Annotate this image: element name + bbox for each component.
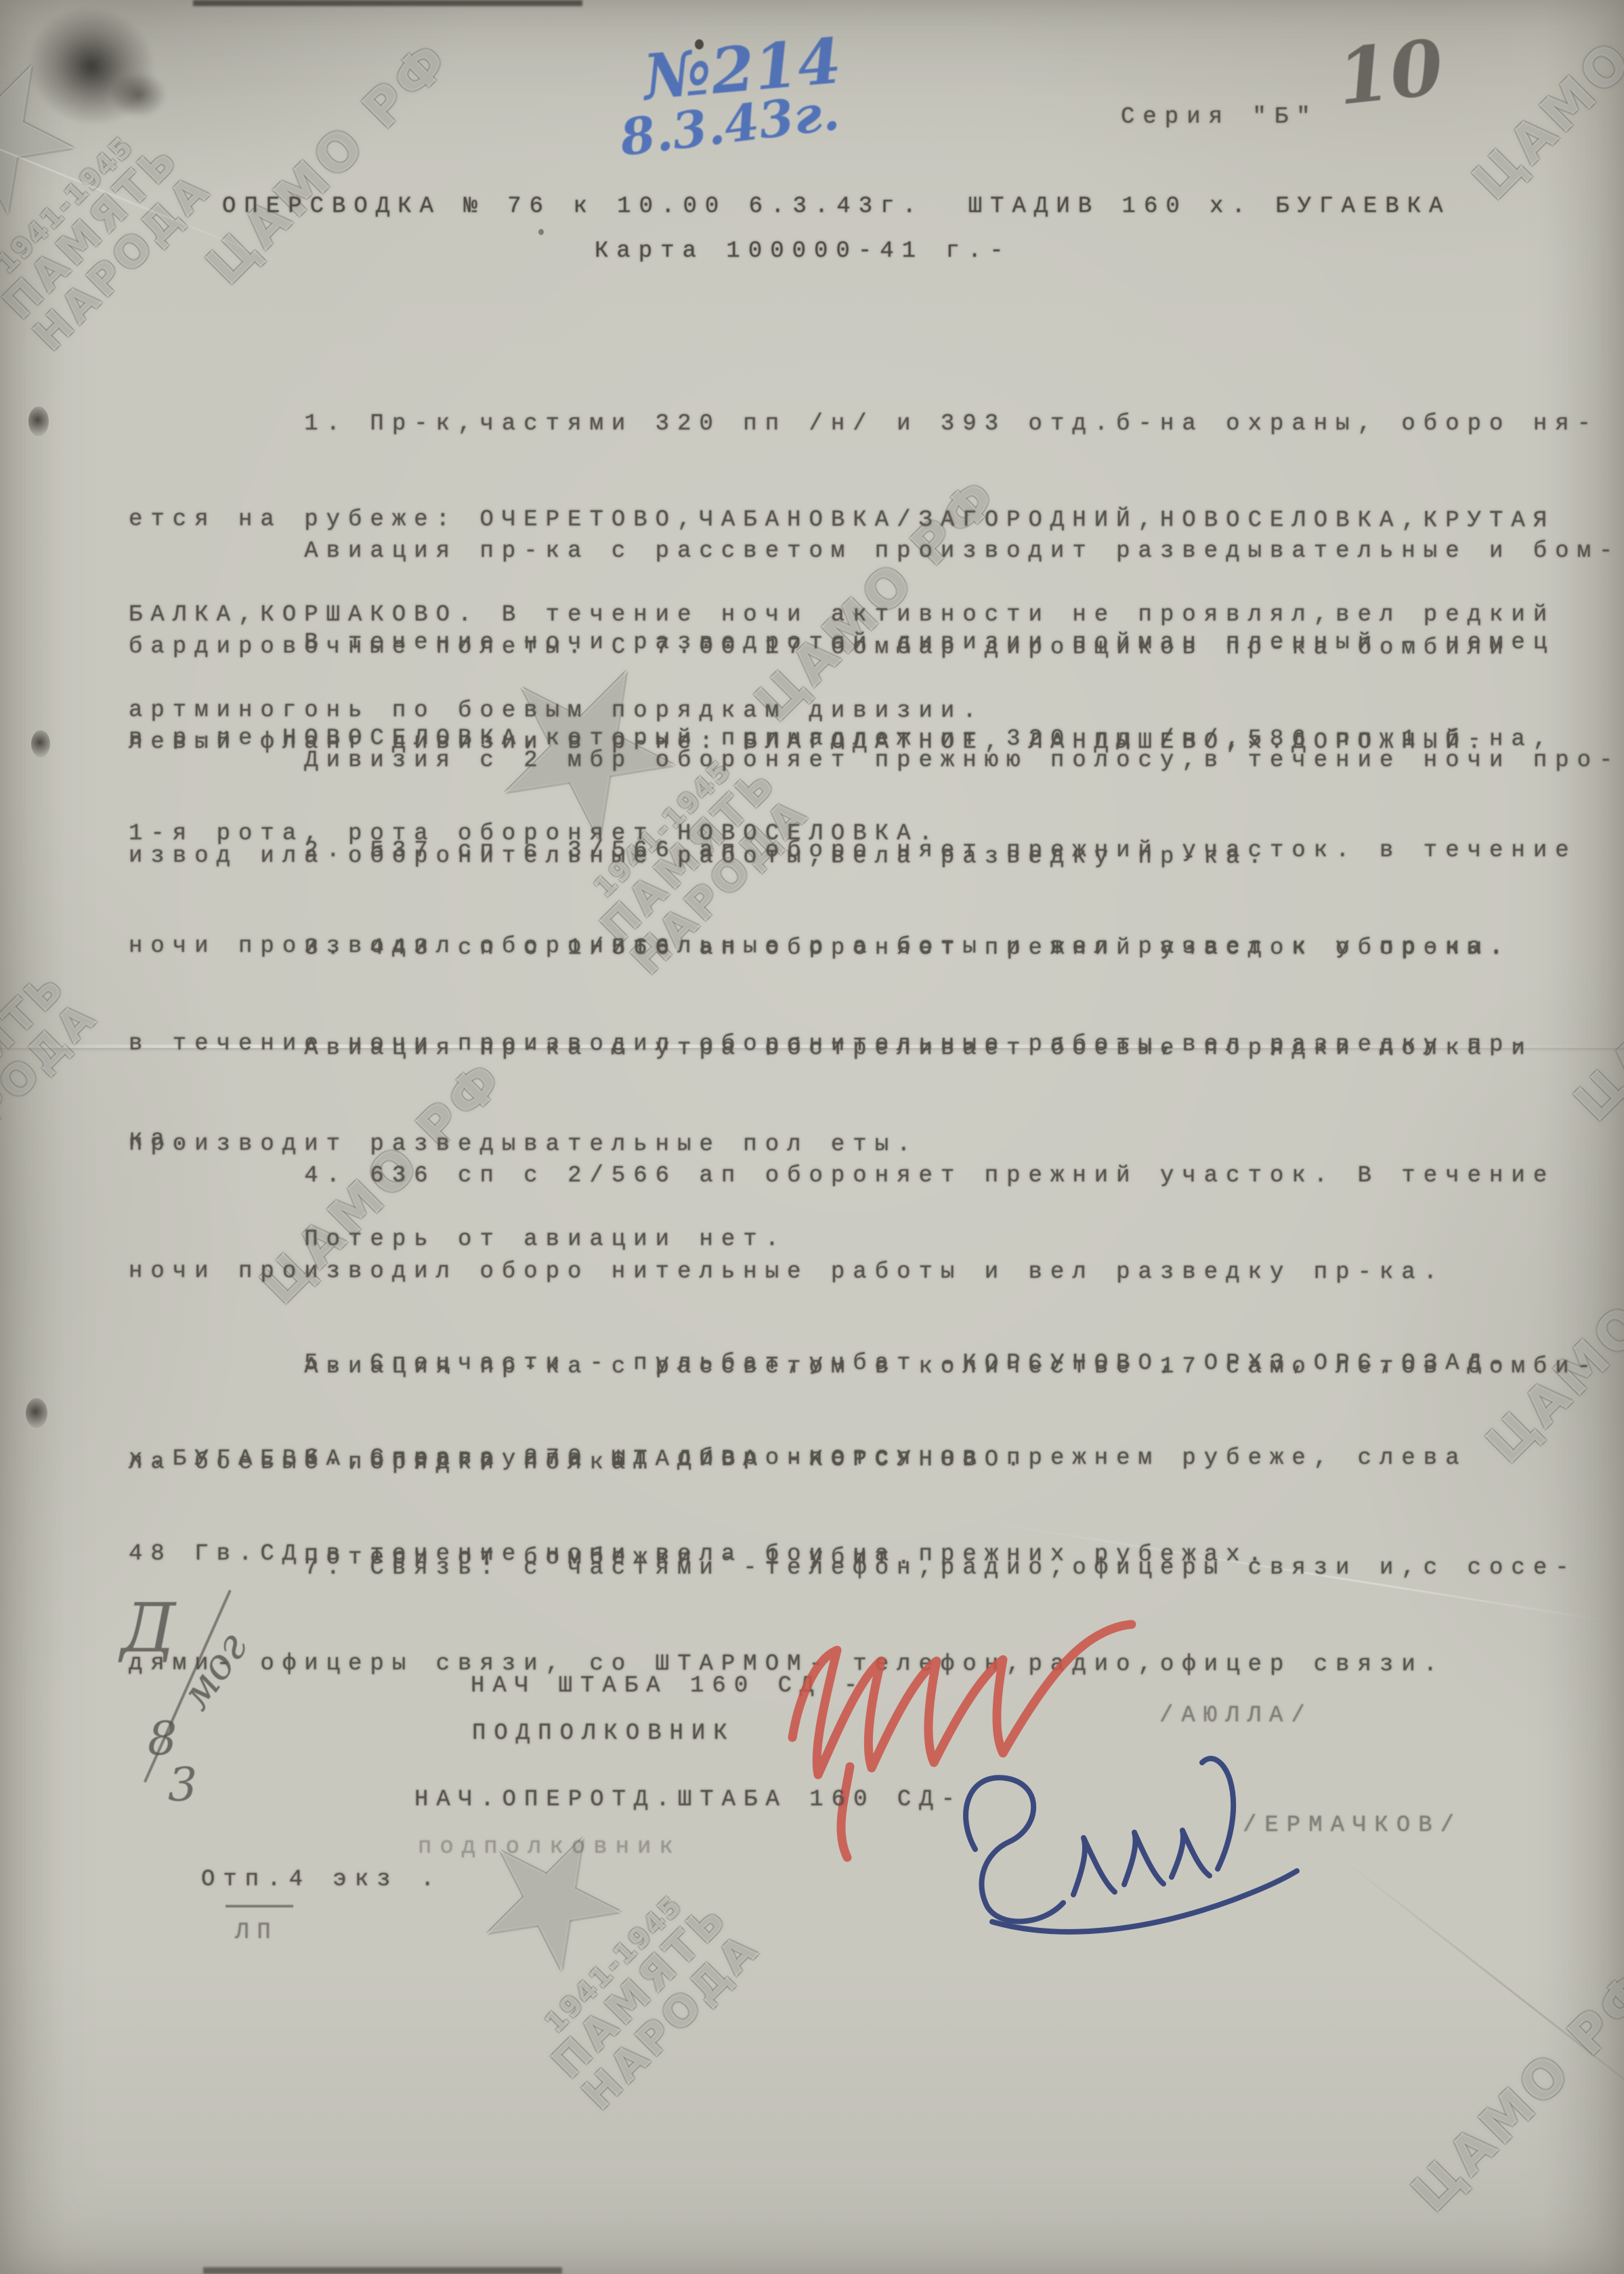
pamyat-naroda-star-icon: ★ (0, 8, 117, 257)
handwritten-page-number: 10 (1333, 23, 1448, 123)
watermark-memory-line2: НАРОДА (26, 165, 218, 358)
watermark-memory-line2: НАРОДА (574, 1924, 767, 2117)
document-subtitle-map: Карта 100000-41 г.- (595, 236, 1012, 268)
ink-speck (695, 39, 704, 49)
copies-note: Отп.4 экз . (201, 1864, 442, 1896)
margin-note-digit: 3 (168, 1759, 197, 1812)
scanned-document-page: ★ 1941-1945 ПАМЯТЬ НАРОДА ЦАМО РФ ЦАМО Р… (0, 0, 1624, 2274)
typed-line: 1. Пр-к,частями 320 пп /н/ и 393 отд.б-н… (129, 408, 1599, 440)
watermark-memory-line1: ПАМЯТЬ (0, 963, 73, 1154)
typed-line: В течение ночи разведротой дивизии пойма… (129, 627, 1555, 659)
scan-edge-bottom (203, 2267, 562, 2274)
watermark-tsamo: ЦАМО РФ (194, 28, 462, 296)
typist-initials: ЛП (235, 1917, 279, 1949)
series-label: Серия "Б" (1121, 102, 1319, 133)
typed-line: 5. Спецчасти - пульбат,учбат -КОРСУНОВО,… (129, 1348, 1511, 1380)
punch-hole (31, 730, 50, 757)
typed-line: Авиация пр-ка с рассветом производит раз… (129, 536, 1621, 568)
operations-chief-name: /ЕРМАЧКОВ/ (1243, 1810, 1462, 1842)
typed-line: 4. 636 сп с 2/566 ап обороняет прежний у… (129, 1160, 1599, 1192)
typed-line: 6. Справа 270 сд обороняется на прежнем … (129, 1443, 1468, 1475)
ink-speck (538, 229, 544, 235)
chief-of-staff-rank: ПОДПОЛКОВНИК (472, 1718, 735, 1750)
paragraph-11-communications: 7. Связь: с частями -телефон,радио,офице… (129, 1489, 1577, 1744)
typed-line: Авиация пр-ка с утра обстреливает боевые… (129, 1033, 1533, 1065)
typed-line: 7. Связь: с частями -телефон,радио,офице… (129, 1553, 1577, 1584)
operations-chief-role: НАЧ.ОПЕРОТД.ШТАБА 160 СД- (414, 1784, 963, 1816)
typed-line: 3. 443 сп с 1/566 ап обороняет прежний у… (129, 933, 1533, 965)
chief-of-staff-name: /АЮЛЛА/ (1159, 1700, 1313, 1732)
document-title: ОПЕРСВОДКА № 76 к 10.00 6.3.43г. ШТАДИВ … (222, 191, 1451, 223)
watermark-memory-line1: ПАМЯТЬ (0, 135, 187, 327)
handwritten-reg-date: 8.3.43г. (617, 83, 842, 168)
watermark-years: 1941-1945 (540, 1891, 688, 2038)
ink-stain (102, 64, 176, 125)
scan-edge-top (193, 0, 582, 6)
punch-hole (26, 1398, 47, 1428)
watermark-tsamo: ЦАМО РФ (1461, 0, 1624, 211)
ink-stain (12, 0, 171, 142)
watermark-memory-line2: НАРОДА (0, 993, 105, 1185)
handwritten-reg-number: №214 (641, 24, 844, 114)
watermark-tsamo: ЦАМО РФ (1400, 1956, 1624, 2223)
operations-chief-rank: подполковник (418, 1832, 681, 1864)
typed-line: 2. 537 сп с 3/566 ап оборо няет прежний … (129, 835, 1577, 867)
punch-hole (28, 406, 49, 436)
watermark-years: 1941-1945 (0, 131, 139, 279)
chief-of-staff-role: НАЧ ШТАБА 160 СД - (471, 1670, 866, 1702)
fold-crease-bottom-right (1338, 1855, 1624, 2157)
watermark-memory-line1: ПАМЯТЬ (544, 1894, 735, 2086)
watermark-memory-left: ПАМЯТЬ НАРОДА (0, 956, 110, 1192)
pamyat-naroda-star-icon: ★ (436, 1786, 660, 2010)
copies-underline (226, 1905, 293, 1908)
watermark-memory-top-left: ★ 1941-1945 ПАМЯТЬ НАРОДА (0, 0, 223, 364)
